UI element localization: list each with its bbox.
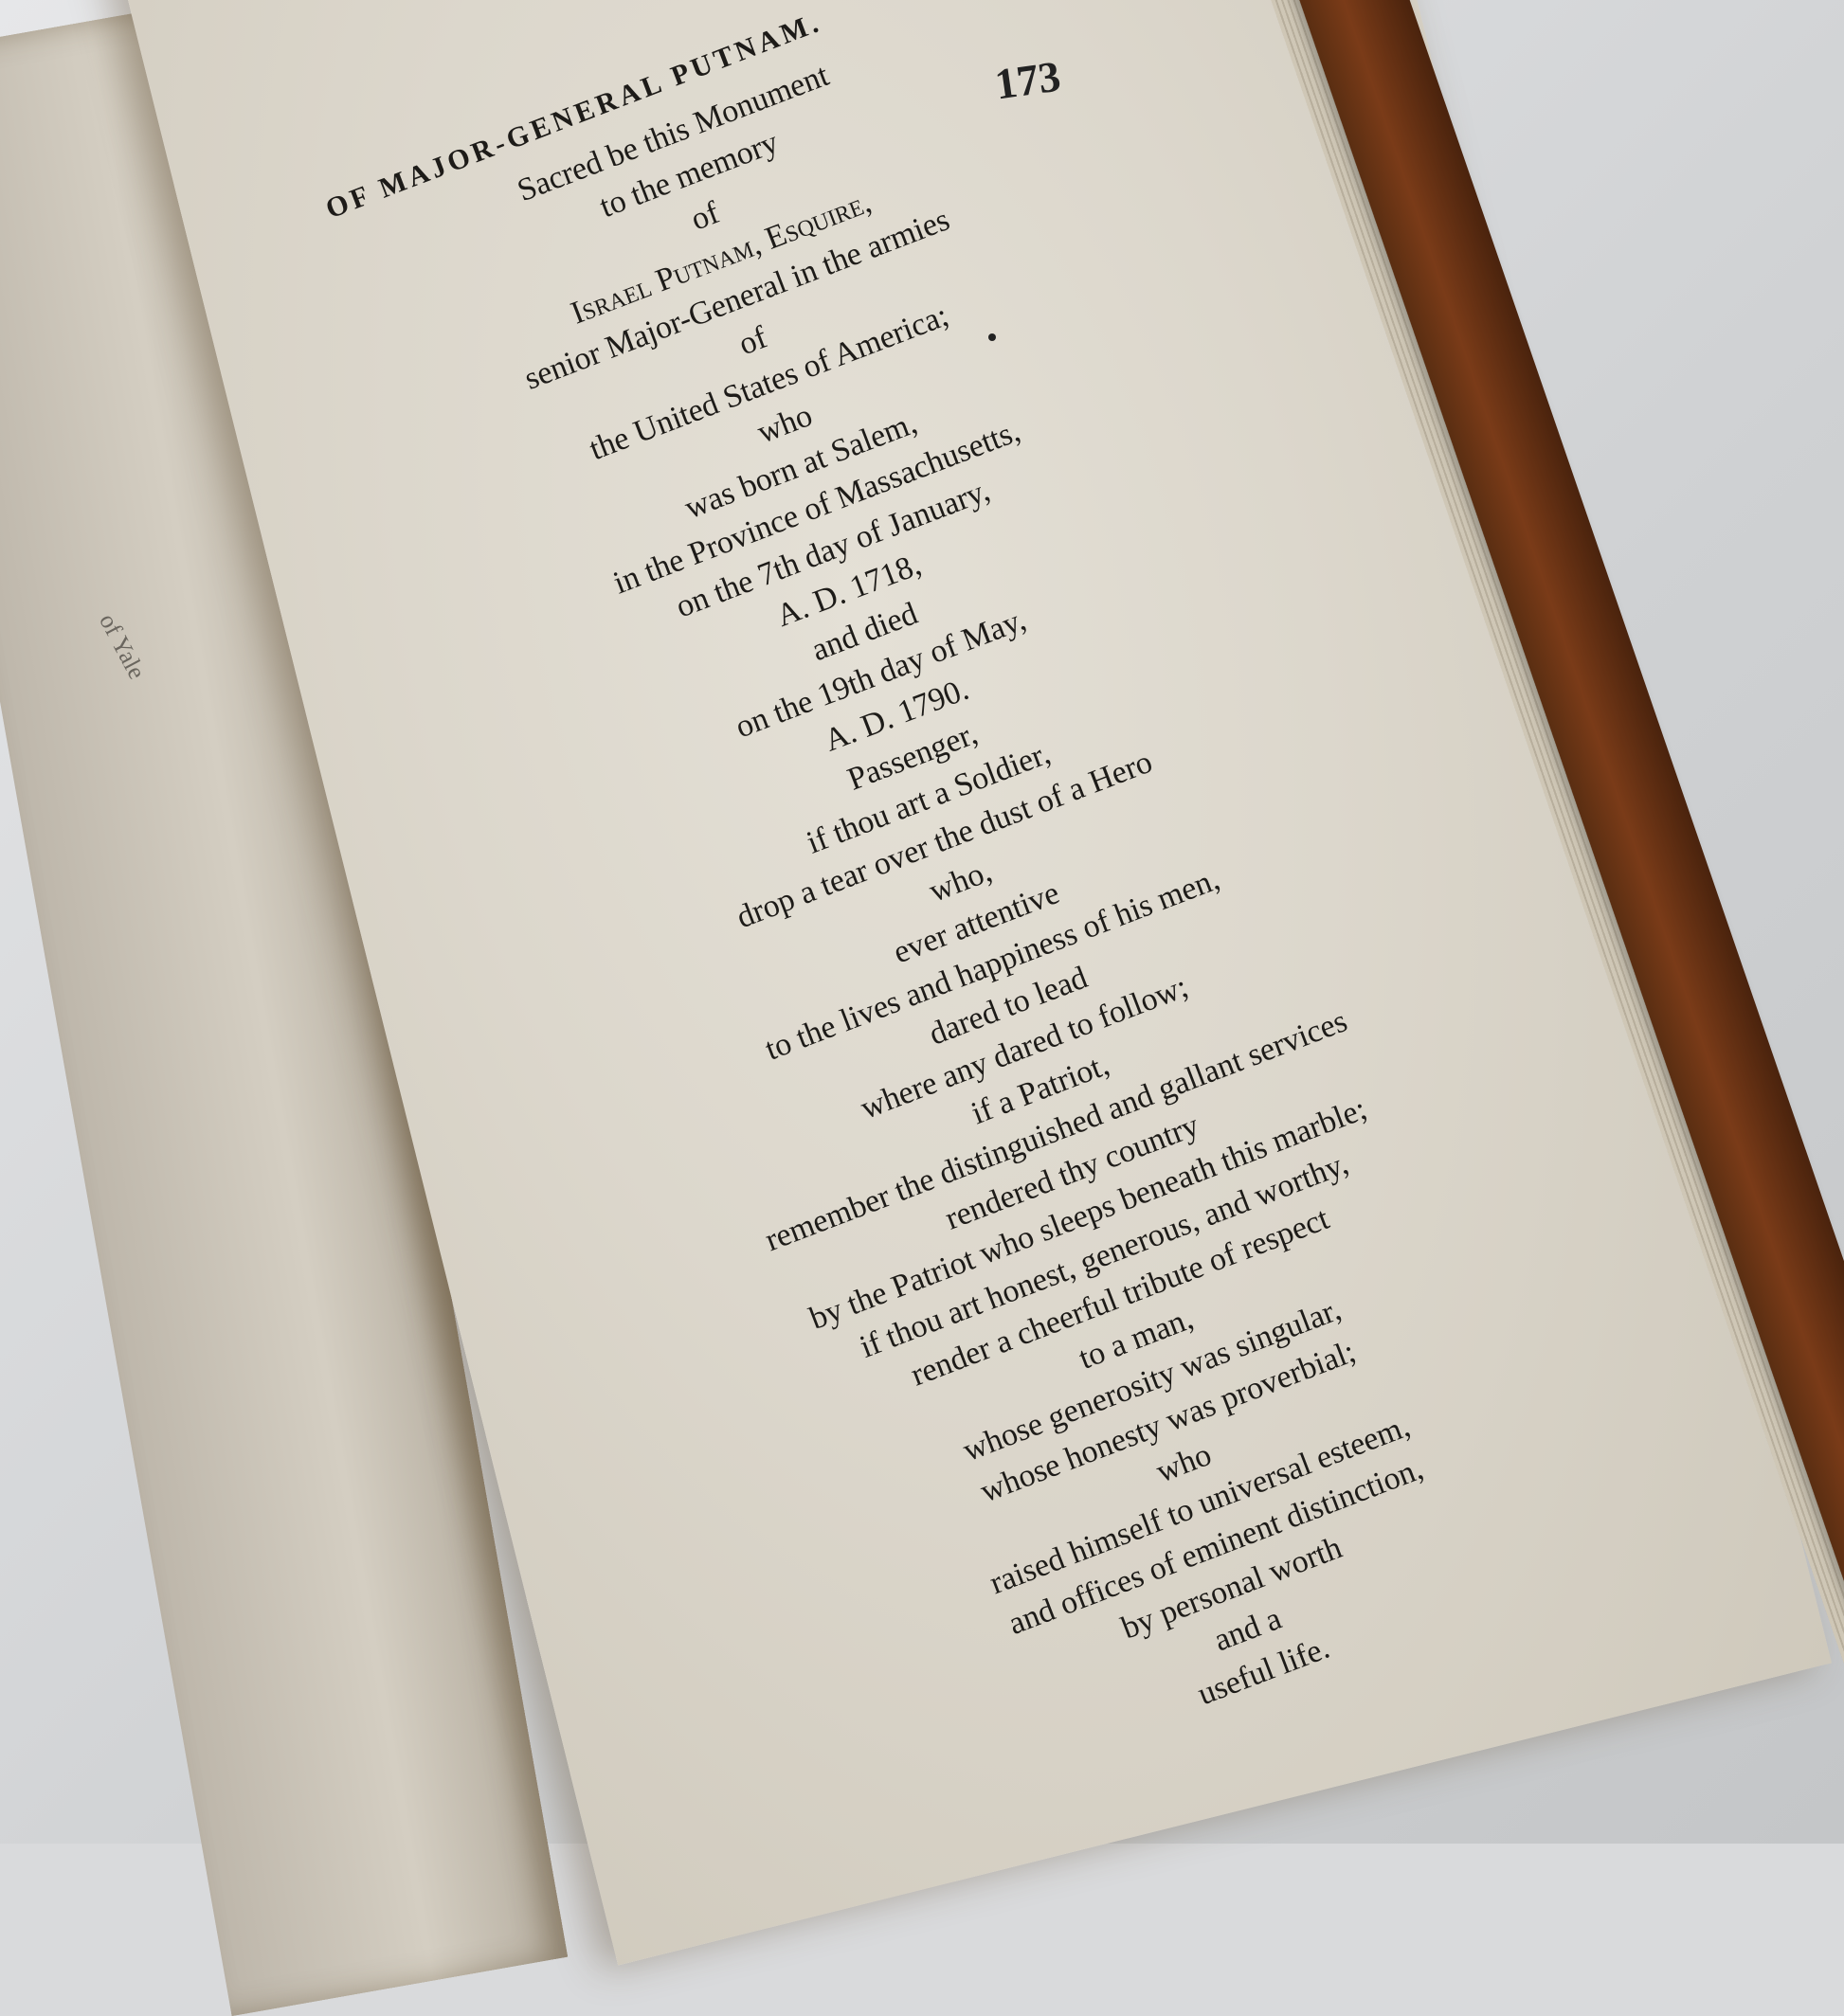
- photo-background: of Yale 173 OF MAJOR-GENERAL PUTNAM. Sac…: [0, 0, 1844, 1844]
